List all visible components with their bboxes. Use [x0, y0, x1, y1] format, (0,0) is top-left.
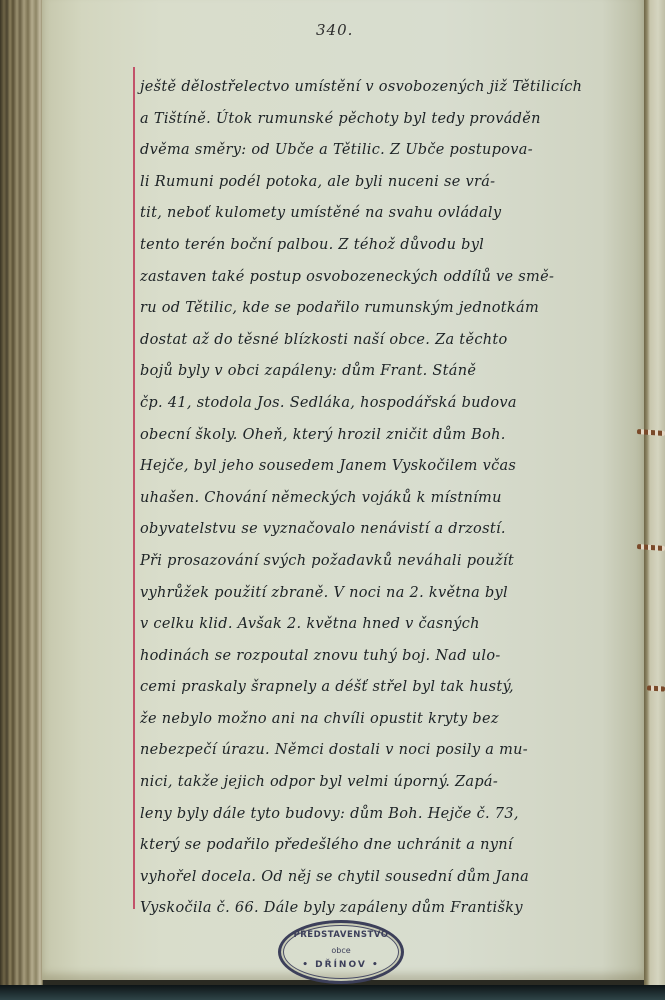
text-line: li Rumuni podél potoka, ale byli nuceni … — [140, 167, 635, 199]
text-line: v celku klid. Avšak 2. května hned v čas… — [140, 609, 635, 641]
text-line: který se podařilo předešlého dne uchráni… — [140, 830, 635, 862]
text-line: a Tištíně. Útok rumunské pěchoty byl ted… — [140, 104, 635, 136]
page-stack-edge — [0, 0, 43, 985]
stamp-middle-text: obce — [281, 946, 401, 955]
text-line: dostat až do těsné blízkosti naší obce. … — [140, 325, 635, 357]
text-line: zastaven také postup osvobozeneckých odd… — [140, 262, 635, 294]
margin-rule — [133, 67, 135, 909]
stamp-top-text: PŘEDSTAVENSTVO — [281, 930, 401, 940]
text-line: obecní školy. Oheň, který hrozil zničit … — [140, 420, 635, 452]
text-line: Při prosazování svých požadavků neváhali… — [140, 546, 635, 578]
text-line: vyhořel docela. Od něj se chytil sousedn… — [140, 862, 635, 894]
handwritten-text: ještě dělostřelectvo umístění v osvoboze… — [140, 72, 635, 925]
text-line: vyhrůžek použití zbraně. V noci na 2. kv… — [140, 578, 635, 610]
text-line: dvěma směry: od Ubče a Tětilic. Z Ubče p… — [140, 135, 635, 167]
text-line: ještě dělostřelectvo umístění v osvoboze… — [140, 72, 635, 104]
text-line: leny byly dále tyto budovy: dům Boh. Hej… — [140, 799, 635, 831]
text-line: že nebylo možno ani na chvíli opustit kr… — [140, 704, 635, 736]
text-line: tento terén boční palbou. Z téhož důvodu… — [140, 230, 635, 262]
text-line: nici, takže jejich odpor byl velmi úporn… — [140, 767, 635, 799]
binding-gutter — [644, 0, 665, 985]
text-line: cemi praskaly šrapnely a déšť střel byl … — [140, 672, 635, 704]
text-line: obyvatelstvu se vyznačovalo nenávistí a … — [140, 514, 635, 546]
text-line: ru od Tětilic, kde se podařilo rumunským… — [140, 293, 635, 325]
book: 340. ještě dělostřelectvo umístění v osv… — [0, 0, 665, 985]
official-stamp: PŘEDSTAVENSTVO obce • DŘÍNOV • — [278, 920, 404, 984]
stamp-bottom-text: • DŘÍNOV • — [281, 960, 401, 970]
text-line: tit, neboť kulomety umístěné na svahu ov… — [140, 198, 635, 230]
page-number: 340. — [316, 21, 353, 39]
text-line: hodinách se rozpoutal znovu tuhý boj. Na… — [140, 641, 635, 673]
text-line: bojů byly v obci zapáleny: dům Frant. St… — [140, 356, 635, 388]
desk-surface — [0, 985, 665, 1000]
text-line: nebezpečí úrazu. Němci dostali v noci po… — [140, 735, 635, 767]
text-line: čp. 41, stodola Jos. Sedláka, hospodářsk… — [140, 388, 635, 420]
text-line: uhašen. Chování německých vojáků k místn… — [140, 483, 635, 515]
text-line: Vyskočila č. 66. Dále byly zapáleny dům … — [140, 893, 635, 925]
text-line: Hejče, byl jeho sousedem Janem Vyskočile… — [140, 451, 635, 483]
